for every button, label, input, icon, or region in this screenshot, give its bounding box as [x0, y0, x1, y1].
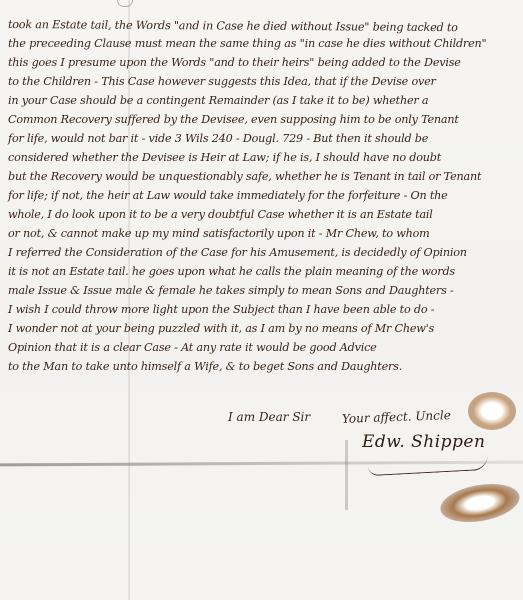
paper-fold-crease — [345, 440, 348, 510]
signature-flourish — [368, 455, 489, 476]
letter-page: took an Estate tail, the Words "and in C… — [0, 0, 523, 600]
seal-mark-icon — [117, 0, 133, 7]
letter-body: took an Estate tail, the Words "and in C… — [8, 12, 520, 379]
valediction: Your affect. Uncle — [342, 408, 451, 426]
burn-hole-lower — [437, 478, 522, 527]
burn-hole-upper — [468, 392, 516, 430]
signature: Edw. Shippen — [362, 432, 485, 452]
closing-line: I am Dear Sir — [228, 410, 310, 424]
letter-line: to the Man to take unto himself a Wife, … — [8, 354, 520, 379]
letter-line: took an Estate tail, the Words "and in C… — [8, 12, 520, 41]
